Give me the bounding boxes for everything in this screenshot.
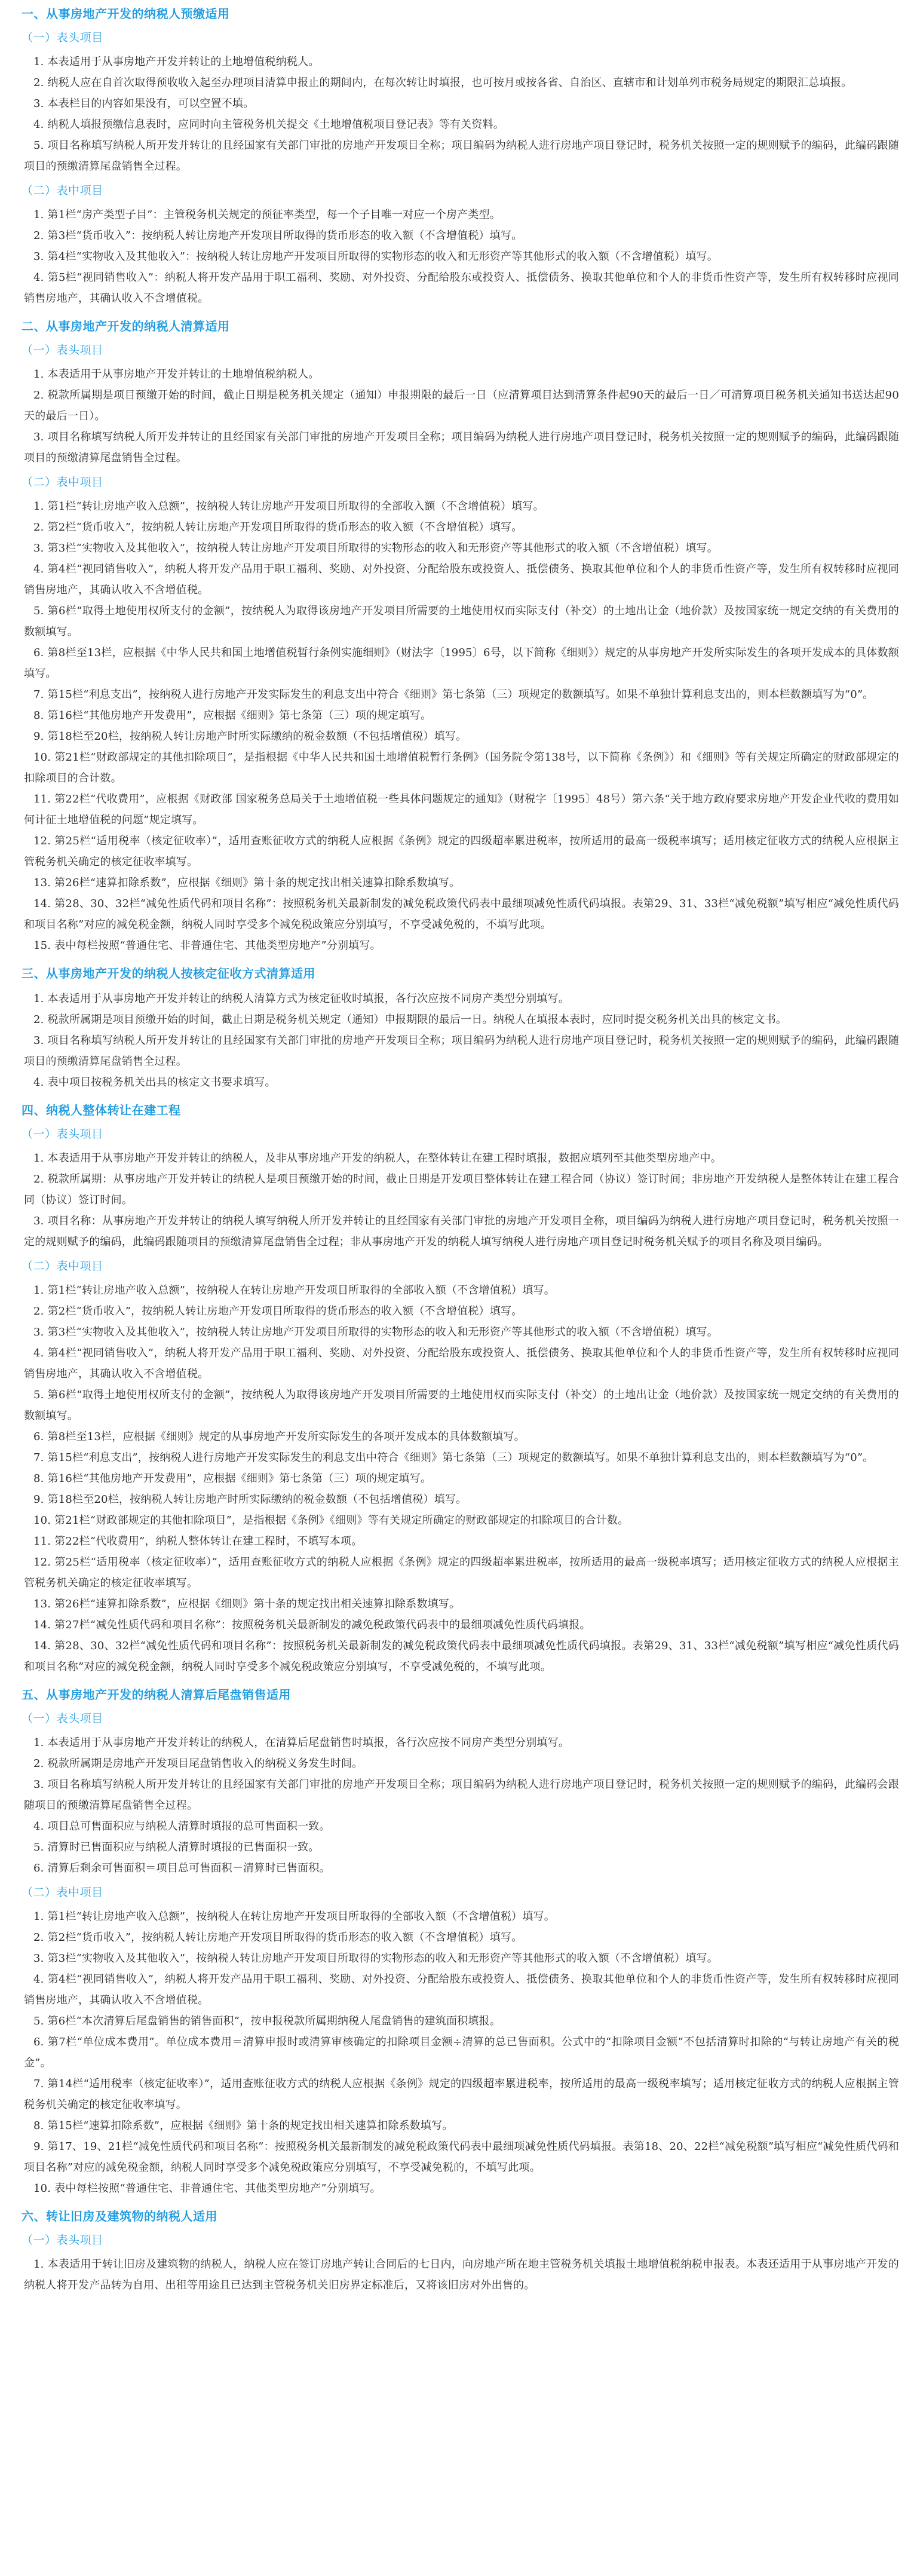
instruction-item: 6. 第7栏“单位成本费用”。单位成本费用＝清算申报时或清算审核确定的扣除项目金… xyxy=(12,2032,899,2073)
instruction-item: 1. 第1栏“转让房地产收入总额”，按纳税人在转让房地产开发项目所取得的全部收入… xyxy=(12,1906,899,1927)
subsection-heading: （一）表头项目 xyxy=(22,1710,899,1727)
instruction-item: 6. 第8栏至13栏，应根据《中华人民共和国土地增值税暂行条例实施细则》（财法字… xyxy=(12,642,899,684)
instruction-item: 7. 第15栏“利息支出”，按纳税人进行房地产开发实际发生的利息支出中符合《细则… xyxy=(12,684,899,705)
instruction-item: 13. 第26栏“速算扣除系数”，应根据《细则》第十条的规定找出相关速算扣除系数… xyxy=(12,1594,899,1615)
instruction-item: 3. 第3栏“实物收入及其他收入”，按纳税人转让房地产开发项目所取得的实物形态的… xyxy=(12,538,899,559)
instruction-item: 12. 第25栏“适用税率（核定征收率）”，适用查账征收方式的纳税人应根据《条例… xyxy=(12,831,899,872)
instruction-item: 2. 税款所属期是项目预缴开始的时间，截止日期是税务机关规定（通知）申报期限的最… xyxy=(12,1009,899,1030)
instruction-item: 10. 第21栏“财政部规定的其他扣除项目”，是指根据《中华人民共和国土地增值税… xyxy=(12,747,899,789)
instruction-item: 4. 纳税人填报预缴信息表时，应同时向主管税务机关提交《土地增值税项目登记表》等… xyxy=(12,114,899,135)
instruction-item: 2. 第2栏“货币收入”，按纳税人转让房地产开发项目所取得的货币形态的收入额（不… xyxy=(12,517,899,538)
subsection-heading: （二）表中项目 xyxy=(22,473,899,491)
instruction-item: 14. 第28、30、32栏“减免性质代码和项目名称”：按照税务机关最新制发的减… xyxy=(12,1635,899,1677)
instruction-item: 5. 清算时已售面积应与纳税人清算时填报的已售面积一致。 xyxy=(12,1837,899,1858)
instruction-item: 1. 本表适用于从事房地产开发并转让的土地增值税纳税人。 xyxy=(12,364,899,385)
instruction-item: 8. 第15栏“速算扣除系数”，应根据《细则》第十条的规定找出相关速算扣除系数填… xyxy=(12,2115,899,2136)
instruction-item: 4. 表中项目按税务机关出具的核定文书要求填写。 xyxy=(12,1072,899,1093)
instruction-item: 4. 项目总可售面积应与纳税人清算时填报的总可售面积一致。 xyxy=(12,1816,899,1837)
subsection-heading: （一）表头项目 xyxy=(22,341,899,359)
instruction-item: 14. 第28、30、32栏“减免性质代码和项目名称”：按照税务机关最新制发的减… xyxy=(12,893,899,935)
instruction-item: 1. 本表适用于从事房地产开发并转让的纳税人，及非从事房地产开发的纳税人，在整体… xyxy=(12,1148,899,1169)
instruction-item: 1. 本表适用于转让旧房及建筑物的纳税人，纳税人应在签订房地产转让合同后的七日内… xyxy=(12,2254,899,2296)
instruction-item: 14. 第27栏“减免性质代码和项目名称”：按照税务机关最新制发的减免税政策代码… xyxy=(12,1615,899,1635)
instruction-item: 12. 第25栏“适用税率（核定征收率）”，适用查账征收方式的纳税人应根据《条例… xyxy=(12,1552,899,1594)
subsection-heading: （一）表头项目 xyxy=(22,1125,899,1143)
instruction-item: 4. 第5栏“视同销售收入”：纳税人将开发产品用于职工福利、奖励、对外投资、分配… xyxy=(12,267,899,309)
section-heading: 六、转让旧房及建筑物的纳税人适用 xyxy=(22,2207,899,2225)
instruction-item: 2. 第2栏“货币收入”，按纳税人转让房地产开发项目所取得的货币形态的收入额（不… xyxy=(12,1301,899,1322)
instruction-item: 3. 第4栏“实物收入及其他收入”：按纳税人转让房地产开发项目所取得的实物形态的… xyxy=(12,246,899,267)
instruction-item: 6. 清算后剩余可售面积＝项目总可售面积－清算时已售面积。 xyxy=(12,1858,899,1879)
section-heading: 二、从事房地产开发的纳税人清算适用 xyxy=(22,317,899,335)
instruction-item: 1. 本表适用于从事房地产开发并转让的土地增值税纳税人。 xyxy=(12,51,899,72)
section-heading: 四、纳税人整体转让在建工程 xyxy=(22,1101,899,1119)
subsection-heading: （一）表头项目 xyxy=(22,29,899,47)
instruction-item: 5. 第6栏“取得土地使用权所支付的金额”，按纳税人为取得该房地产开发项目所需要… xyxy=(12,601,899,642)
instruction-item: 9. 第18栏至20栏，按纳税人转让房地产时所实际缴纳的税金数额（不包括增值税）… xyxy=(12,1489,899,1510)
instruction-item: 5. 项目名称填写纳税人所开发并转让的且经国家有关部门审批的房地产开发项目全称；… xyxy=(12,135,899,177)
instruction-item: 2. 纳税人应在自首次取得预收收入起至办理项目清算申报止的期间内，在每次转让时填… xyxy=(12,72,899,93)
section-heading: 五、从事房地产开发的纳税人清算后尾盘销售适用 xyxy=(22,1686,899,1704)
subsection-heading: （二）表中项目 xyxy=(22,182,899,200)
instruction-item: 7. 第14栏“适用税率（核定征收率）”，适用查账征收方式的纳税人应根据《条例》… xyxy=(12,2073,899,2115)
instruction-item: 3. 第3栏“实物收入及其他收入”，按纳税人转让房地产开发项目所取得的实物形态的… xyxy=(12,1948,899,1969)
document: 一、从事房地产开发的纳税人预缴适用（一）表头项目1. 本表适用于从事房地产开发并… xyxy=(0,0,917,2323)
instruction-item: 6. 第8栏至13栏，应根据《细则》规定的从事房地产开发所实际发生的各项开发成本… xyxy=(12,1426,899,1447)
instruction-item: 13. 第26栏“速算扣除系数”，应根据《细则》第十条的规定找出相关速算扣除系数… xyxy=(12,872,899,893)
section: 五、从事房地产开发的纳税人清算后尾盘销售适用（一）表头项目1. 本表适用于从事房… xyxy=(12,1686,899,2199)
instruction-item: 1. 第1栏“转让房地产收入总额”，按纳税人在转让房地产开发项目所取得的全部收入… xyxy=(12,1280,899,1301)
instruction-item: 11. 第22栏“代收费用”，纳税人整体转让在建工程时，不填写本项。 xyxy=(12,1531,899,1552)
instruction-item: 7. 第15栏“利息支出”，按纳税人进行房地产开发实际发生的利息支出中符合《细则… xyxy=(12,1447,899,1468)
subsection-heading: （一）表头项目 xyxy=(22,2231,899,2249)
section: 三、从事房地产开发的纳税人按核定征收方式清算适用1. 本表适用于从事房地产开发并… xyxy=(12,964,899,1093)
instruction-item: 1. 第1栏“转让房地产收入总额”，按纳税人转让房地产开发项目所取得的全部收入额… xyxy=(12,496,899,517)
section: 二、从事房地产开发的纳税人清算适用（一）表头项目1. 本表适用于从事房地产开发并… xyxy=(12,317,899,956)
instruction-item: 3. 项目名称填写纳税人所开发并转让的且经国家有关部门审批的房地产开发项目全称；… xyxy=(12,1030,899,1072)
subsection-heading: （二）表中项目 xyxy=(22,1257,899,1275)
instruction-item: 3. 项目名称：从事房地产开发并转让的纳税人填写纳税人所开发并转让的且经国家有关… xyxy=(12,1211,899,1252)
instruction-item: 1. 第1栏“房产类型子目”：主管税务机关规定的预征率类型，每一个子目唯一对应一… xyxy=(12,204,899,225)
instruction-item: 4. 第4栏“视同销售收入”，纳税人将开发产品用于职工福利、奖励、对外投资、分配… xyxy=(12,1969,899,2011)
section: 四、纳税人整体转让在建工程（一）表头项目1. 本表适用于从事房地产开发并转让的纳… xyxy=(12,1101,899,1677)
instruction-item: 3. 项目名称填写纳税人所开发并转让的且经国家有关部门审批的房地产开发项目全称；… xyxy=(12,427,899,468)
instruction-item: 2. 税款所属期是项目预缴开始的时间，截止日期是税务机关规定（通知）申报期限的最… xyxy=(12,385,899,427)
instruction-item: 4. 第4栏“视同销售收入”，纳税人将开发产品用于职工福利、奖励、对外投资、分配… xyxy=(12,559,899,601)
section-heading: 三、从事房地产开发的纳税人按核定征收方式清算适用 xyxy=(22,964,899,982)
instruction-item: 2. 税款所属期：从事房地产开发并转让的纳税人是项目预缴开始的时间，截止日期是开… xyxy=(12,1169,899,1211)
instruction-item: 2. 税款所属期是房地产开发项目尾盘销售收入的纳税义务发生时间。 xyxy=(12,1753,899,1774)
section: 六、转让旧房及建筑物的纳税人适用（一）表头项目1. 本表适用于转让旧房及建筑物的… xyxy=(12,2207,899,2296)
instruction-item: 15. 表中每栏按照“普通住宅、非普通住宅、其他类型房地产”分别填写。 xyxy=(12,935,899,956)
instruction-item: 11. 第22栏“代收费用”，应根据《财政部 国家税务总局关于土地增值税一些具体… xyxy=(12,789,899,831)
instruction-item: 3. 本表栏目的内容如果没有，可以空置不填。 xyxy=(12,93,899,114)
subsection-heading: （二）表中项目 xyxy=(22,1883,899,1901)
instruction-item: 1. 本表适用于从事房地产开发并转让的纳税人清算方式为核定征收时填报，各行次应按… xyxy=(12,988,899,1009)
instruction-item: 4. 第4栏“视同销售收入”，纳税人将开发产品用于职工福利、奖励、对外投资、分配… xyxy=(12,1343,899,1385)
instruction-item: 5. 第6栏“取得土地使用权所支付的金额”，按纳税人为取得该房地产开发项目所需要… xyxy=(12,1385,899,1426)
instruction-item: 1. 本表适用于从事房地产开发并转让的纳税人，在清算后尾盘销售时填报，各行次应按… xyxy=(12,1732,899,1753)
instruction-item: 2. 第2栏“货币收入”，按纳税人转让房地产开发项目所取得的货币形态的收入额（不… xyxy=(12,1927,899,1948)
section-heading: 一、从事房地产开发的纳税人预缴适用 xyxy=(22,5,899,23)
instruction-item: 5. 第6栏“本次清算后尾盘销售的销售面积”，按申报税款所属期纳税人尾盘销售的建… xyxy=(12,2011,899,2032)
instruction-item: 2. 第3栏“货币收入”：按纳税人转让房地产开发项目所取得的货币形态的收入额（不… xyxy=(12,225,899,246)
instruction-item: 10. 表中每栏按照“普通住宅、非普通住宅、其他类型房地产”分别填写。 xyxy=(12,2178,899,2199)
instruction-item: 9. 第18栏至20栏，按纳税人转让房地产时所实际缴纳的税金数额（不包括增值税）… xyxy=(12,726,899,747)
instruction-item: 8. 第16栏“其他房地产开发费用”，应根据《细则》第七条第（三）项的规定填写。 xyxy=(12,705,899,726)
instruction-item: 8. 第16栏“其他房地产开发费用”，应根据《细则》第七条第（三）项的规定填写。 xyxy=(12,1468,899,1489)
section: 一、从事房地产开发的纳税人预缴适用（一）表头项目1. 本表适用于从事房地产开发并… xyxy=(12,5,899,309)
instruction-item: 3. 第3栏“实物收入及其他收入”，按纳税人转让房地产开发项目所取得的实物形态的… xyxy=(12,1322,899,1343)
instruction-item: 9. 第17、19、21栏“减免性质代码和项目名称”：按照税务机关最新制发的减免… xyxy=(12,2136,899,2178)
instruction-item: 10. 第21栏“财政部规定的其他扣除项目”，是指根据《条例》《细则》等有关规定… xyxy=(12,1510,899,1531)
instruction-item: 3. 项目名称填写纳税人所开发并转让的且经国家有关部门审批的房地产开发项目全称；… xyxy=(12,1774,899,1816)
